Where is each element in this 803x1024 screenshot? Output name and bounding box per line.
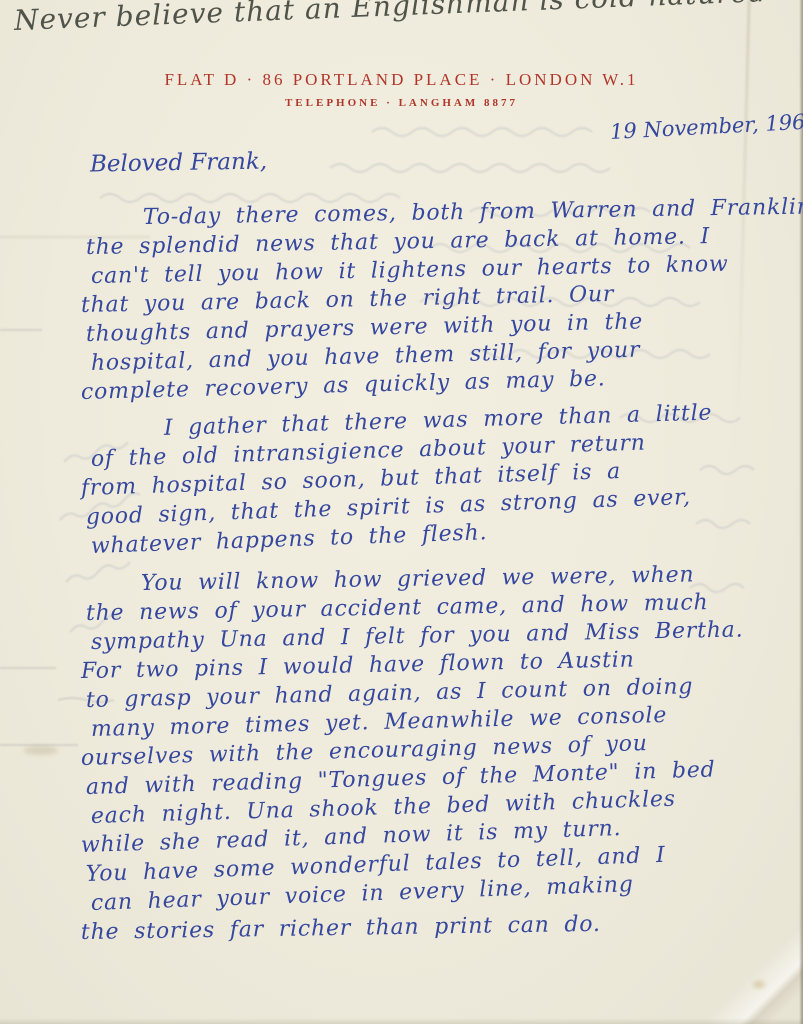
paper-edge-shadow xyxy=(799,0,803,1024)
paper-stain xyxy=(750,978,768,991)
letterhead: FLAT D · 86 PORTLAND PLACE · LONDON W.1 … xyxy=(0,70,803,109)
letter-page: Never believe that an Englishman is cold… xyxy=(0,0,803,1024)
paper-edge-shadow xyxy=(0,1018,803,1024)
letter-paragraph: You will know how grieved we were, whent… xyxy=(86,570,786,947)
letter-salutation: Beloved Frank, xyxy=(90,148,268,177)
handwritten-annotation: Never believe that an Englishman is cold… xyxy=(13,0,767,37)
letter-date: 19 November, 1962 xyxy=(609,109,803,144)
letter-body: To-day there comes, both from Warren and… xyxy=(86,204,786,947)
letterhead-telephone: TELEPHONE · LANGHAM 8877 xyxy=(0,97,803,109)
letter-paragraph: I gather that there was more than a litt… xyxy=(86,416,786,561)
paper-stain xyxy=(24,746,58,755)
letter-paragraph: To-day there comes, both from Warren and… xyxy=(86,204,786,407)
letterhead-address: FLAT D · 86 PORTLAND PLACE · LONDON W.1 xyxy=(0,70,803,90)
